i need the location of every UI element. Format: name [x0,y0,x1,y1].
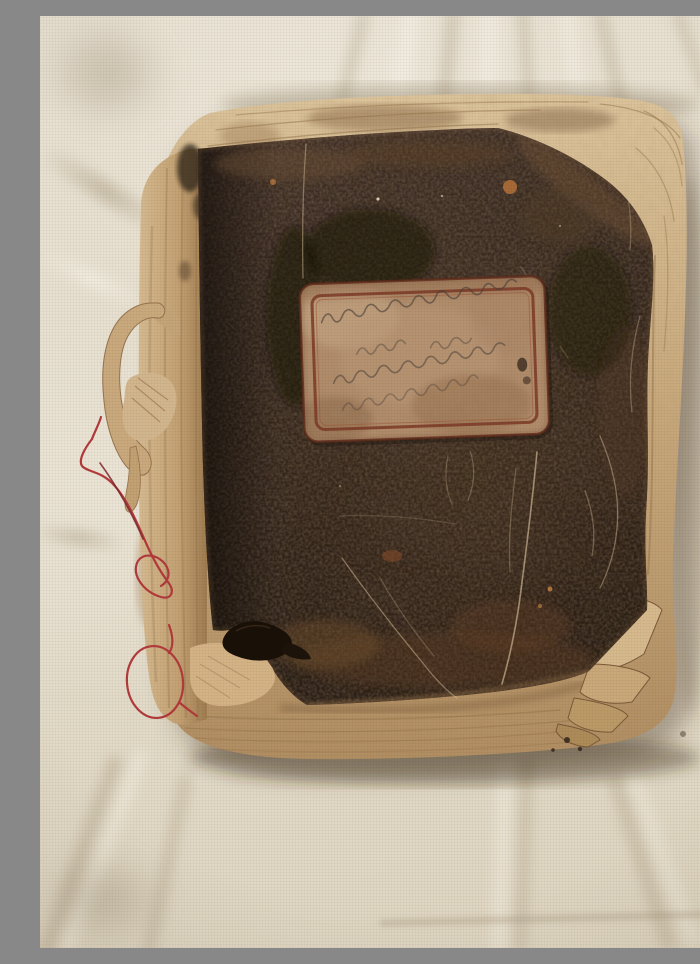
title-label [287,272,553,446]
notebook [40,16,700,948]
photograph: Antique hand-sewn notebook with a scuffe… [40,16,700,948]
